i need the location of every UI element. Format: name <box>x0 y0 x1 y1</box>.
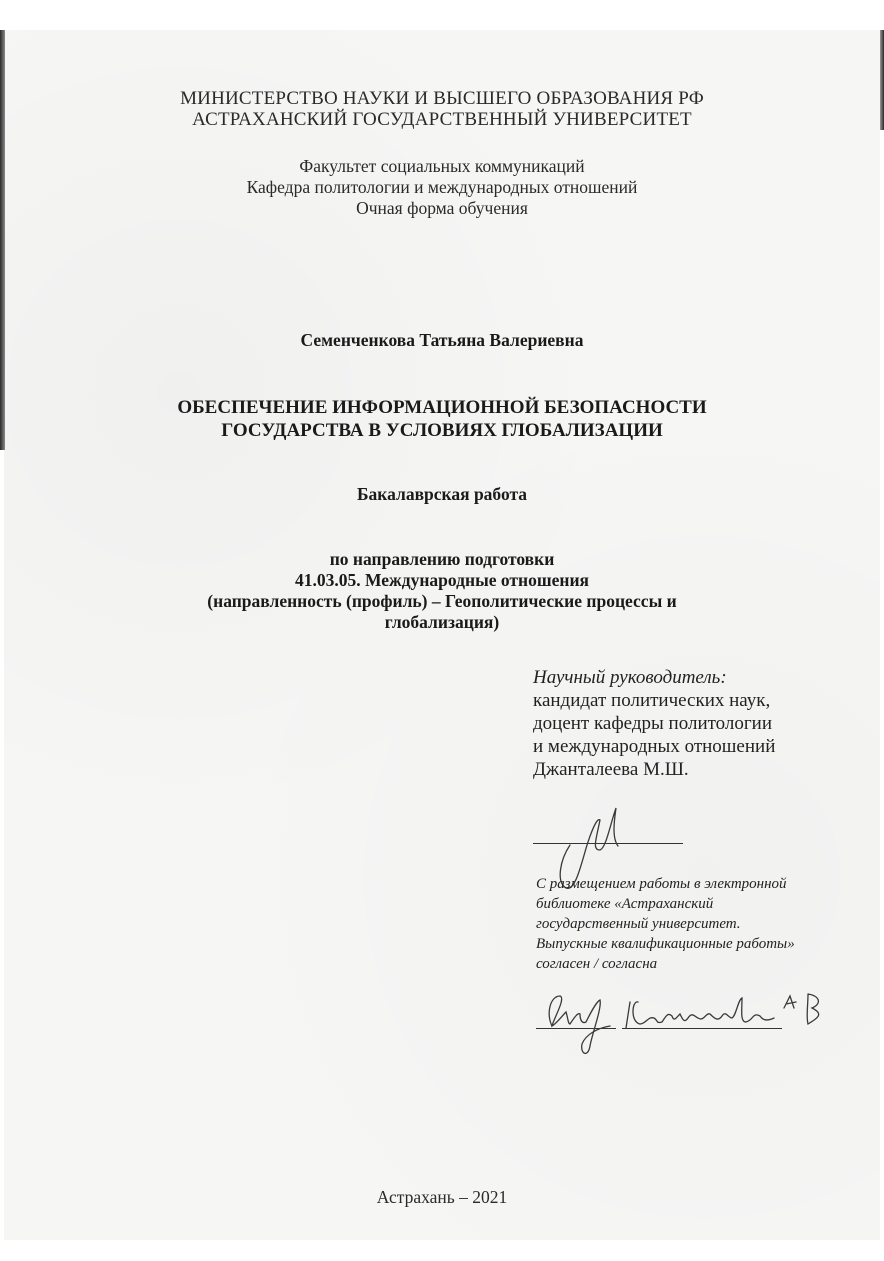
faculty-name: Факультет социальных коммуникаций <box>0 156 884 177</box>
consent-line-3: государственный университет. <box>536 914 795 934</box>
consent-line-4: Выпускные квалификационные работы» <box>536 934 795 954</box>
author-name: Семенченкова Татьяна Валериевна <box>0 330 884 351</box>
supervisor-department: и международных отношений <box>533 735 775 758</box>
ministry-header: МИНИСТЕРСТВО НАУКИ И ВЫСШЕГО ОБРАЗОВАНИЯ… <box>0 88 884 130</box>
thesis-title-line-2: ГОСУДАРСТВА В УСЛОВИЯХ ГЛОБАЛИЗАЦИИ <box>0 419 884 442</box>
direction-code: 41.03.05. Международные отношения <box>0 570 884 591</box>
library-consent-block: С размещением работы в электронной библи… <box>536 874 795 974</box>
direction-profile-line-2: глобализация) <box>0 612 884 633</box>
student-signature-line <box>536 1028 616 1029</box>
thesis-title-line-1: ОБЕСПЕЧЕНИЕ ИНФОРМАЦИОННОЙ БЕЗОПАСНОСТИ <box>0 396 884 419</box>
faculty-block: Факультет социальных коммуникаций Кафедр… <box>0 156 884 219</box>
supervisor-label: Научный руководитель: <box>533 666 775 689</box>
work-type: Бакалаврская работа <box>0 484 884 505</box>
consent-line-2: библиотеке «Астраханский <box>536 894 795 914</box>
university-name: АСТРАХАНСКИЙ ГОСУДАРСТВЕННЫЙ УНИВЕРСИТЕТ <box>0 109 884 130</box>
thesis-title: ОБЕСПЕЧЕНИЕ ИНФОРМАЦИОННОЙ БЕЗОПАСНОСТИ … <box>0 396 884 442</box>
consent-line-5: согласен / согласна <box>536 954 795 974</box>
scanned-page: МИНИСТЕРСТВО НАУКИ И ВЫСШЕГО ОБРАЗОВАНИЯ… <box>0 0 884 1261</box>
supervisor-name: Джанталеева М.Ш. <box>533 758 775 781</box>
ministry-name: МИНИСТЕРСТВО НАУКИ И ВЫСШЕГО ОБРАЗОВАНИЯ… <box>0 88 884 109</box>
city-year: Астрахань – 2021 <box>0 1187 884 1208</box>
department-name: Кафедра политологии и международных отно… <box>0 177 884 198</box>
supervisor-block: Научный руководитель: кандидат политичес… <box>533 666 775 781</box>
direction-line-1: по направлению подготовки <box>0 549 884 570</box>
supervisor-degree: кандидат политических наук, <box>533 689 775 712</box>
supervisor-position: доцент кафедры политологии <box>533 712 775 735</box>
supervisor-signature-line <box>533 843 683 844</box>
study-direction: по направлению подготовки 41.03.05. Межд… <box>0 549 884 633</box>
student-name-line <box>622 1028 782 1029</box>
consent-line-1: С размещением работы в электронной <box>536 874 795 894</box>
study-form: Очная форма обучения <box>0 198 884 219</box>
direction-profile-line-1: (направленность (профиль) – Геополитичес… <box>0 591 884 612</box>
